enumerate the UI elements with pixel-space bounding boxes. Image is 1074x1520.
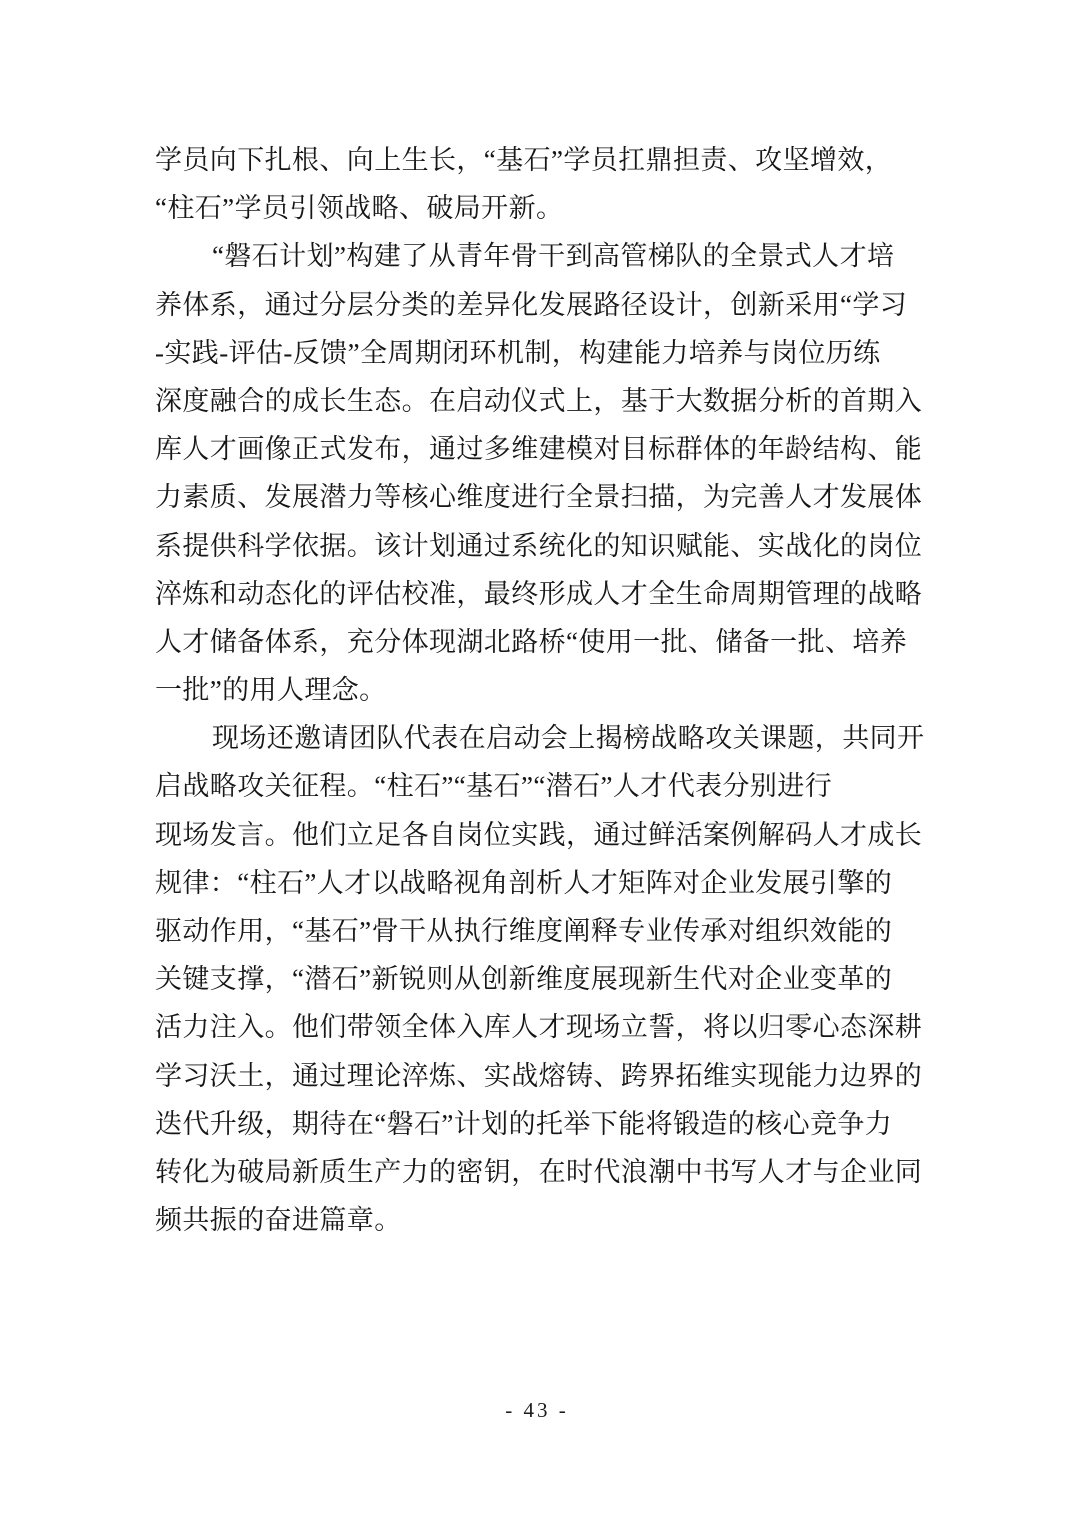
text-line: 学员向下扎根、向上生长，“基石”学员扛鼎担责、攻坚增效， bbox=[155, 136, 935, 184]
text-line: 深度融合的成长生态。在启动仪式上，基于大数据分析的首期入 bbox=[155, 377, 935, 425]
text-line: 转化为破局新质生产力的密钥，在时代浪潮中书写人才与企业同 bbox=[155, 1148, 935, 1196]
text-line: 关键支撑，“潜石”新锐则从创新维度展现新生代对企业变革的 bbox=[155, 955, 935, 1003]
text-line: 一批”的用人理念。 bbox=[155, 666, 935, 714]
text-line: 淬炼和动态化的评估校准，最终形成人才全生命周期管理的战略 bbox=[155, 570, 935, 618]
text-line: 驱动作用，“基石”骨干从执行维度阐释专业传承对组织效能的 bbox=[155, 907, 935, 955]
text-line: 现场发言。他们立足各自岗位实践，通过鲜活案例解码人才成长 bbox=[155, 811, 935, 859]
paragraph: 现场还邀请团队代表在启动会上揭榜战略攻关课题，共同开启战略攻关征程。“柱石”“基… bbox=[155, 714, 935, 1244]
paragraph: 学员向下扎根、向上生长，“基石”学员扛鼎担责、攻坚增效，“柱石”学员引领战略、破… bbox=[155, 136, 935, 232]
text-line: 启战略攻关征程。“柱石”“基石”“潜石”人才代表分别进行 bbox=[155, 762, 935, 810]
text-line: “磐石计划”构建了从青年骨干到高管梯队的全景式人才培 bbox=[155, 232, 935, 280]
document-page: 学员向下扎根、向上生长，“基石”学员扛鼎担责、攻坚增效，“柱石”学员引领战略、破… bbox=[0, 0, 1074, 1520]
text-line: 力素质、发展潜力等核心维度进行全景扫描，为完善人才发展体 bbox=[155, 473, 935, 521]
text-line: 养体系，通过分层分类的差异化发展路径设计，创新采用“学习 bbox=[155, 281, 935, 329]
text-line: 规律：“柱石”人才以战略视角剖析人才矩阵对企业发展引擎的 bbox=[155, 859, 935, 907]
text-line: 库人才画像正式发布，通过多维建模对目标群体的年龄结构、能 bbox=[155, 425, 935, 473]
page-number: - 43 - bbox=[0, 1398, 1074, 1423]
paragraph: “磐石计划”构建了从青年骨干到高管梯队的全景式人才培养体系，通过分层分类的差异化… bbox=[155, 232, 935, 714]
text-line: “柱石”学员引领战略、破局开新。 bbox=[155, 184, 935, 232]
text-line: 频共振的奋进篇章。 bbox=[155, 1196, 935, 1244]
text-line: 系提供科学依据。该计划通过系统化的知识赋能、实战化的岗位 bbox=[155, 522, 935, 570]
text-line: 活力注入。他们带领全体入库人才现场立誓，将以归零心态深耕 bbox=[155, 1003, 935, 1051]
text-line: -实践-评估-反馈”全周期闭环机制，构建能力培养与岗位历练 bbox=[155, 329, 935, 377]
body-text: 学员向下扎根、向上生长，“基石”学员扛鼎担责、攻坚增效，“柱石”学员引领战略、破… bbox=[155, 136, 935, 1244]
text-line: 迭代升级，期待在“磐石”计划的托举下能将锻造的核心竞争力 bbox=[155, 1100, 935, 1148]
text-line: 现场还邀请团队代表在启动会上揭榜战略攻关课题，共同开 bbox=[155, 714, 935, 762]
text-line: 人才储备体系，充分体现湖北路桥“使用一批、储备一批、培养 bbox=[155, 618, 935, 666]
text-line: 学习沃土，通过理论淬炼、实战熔铸、跨界拓维实现能力边界的 bbox=[155, 1052, 935, 1100]
